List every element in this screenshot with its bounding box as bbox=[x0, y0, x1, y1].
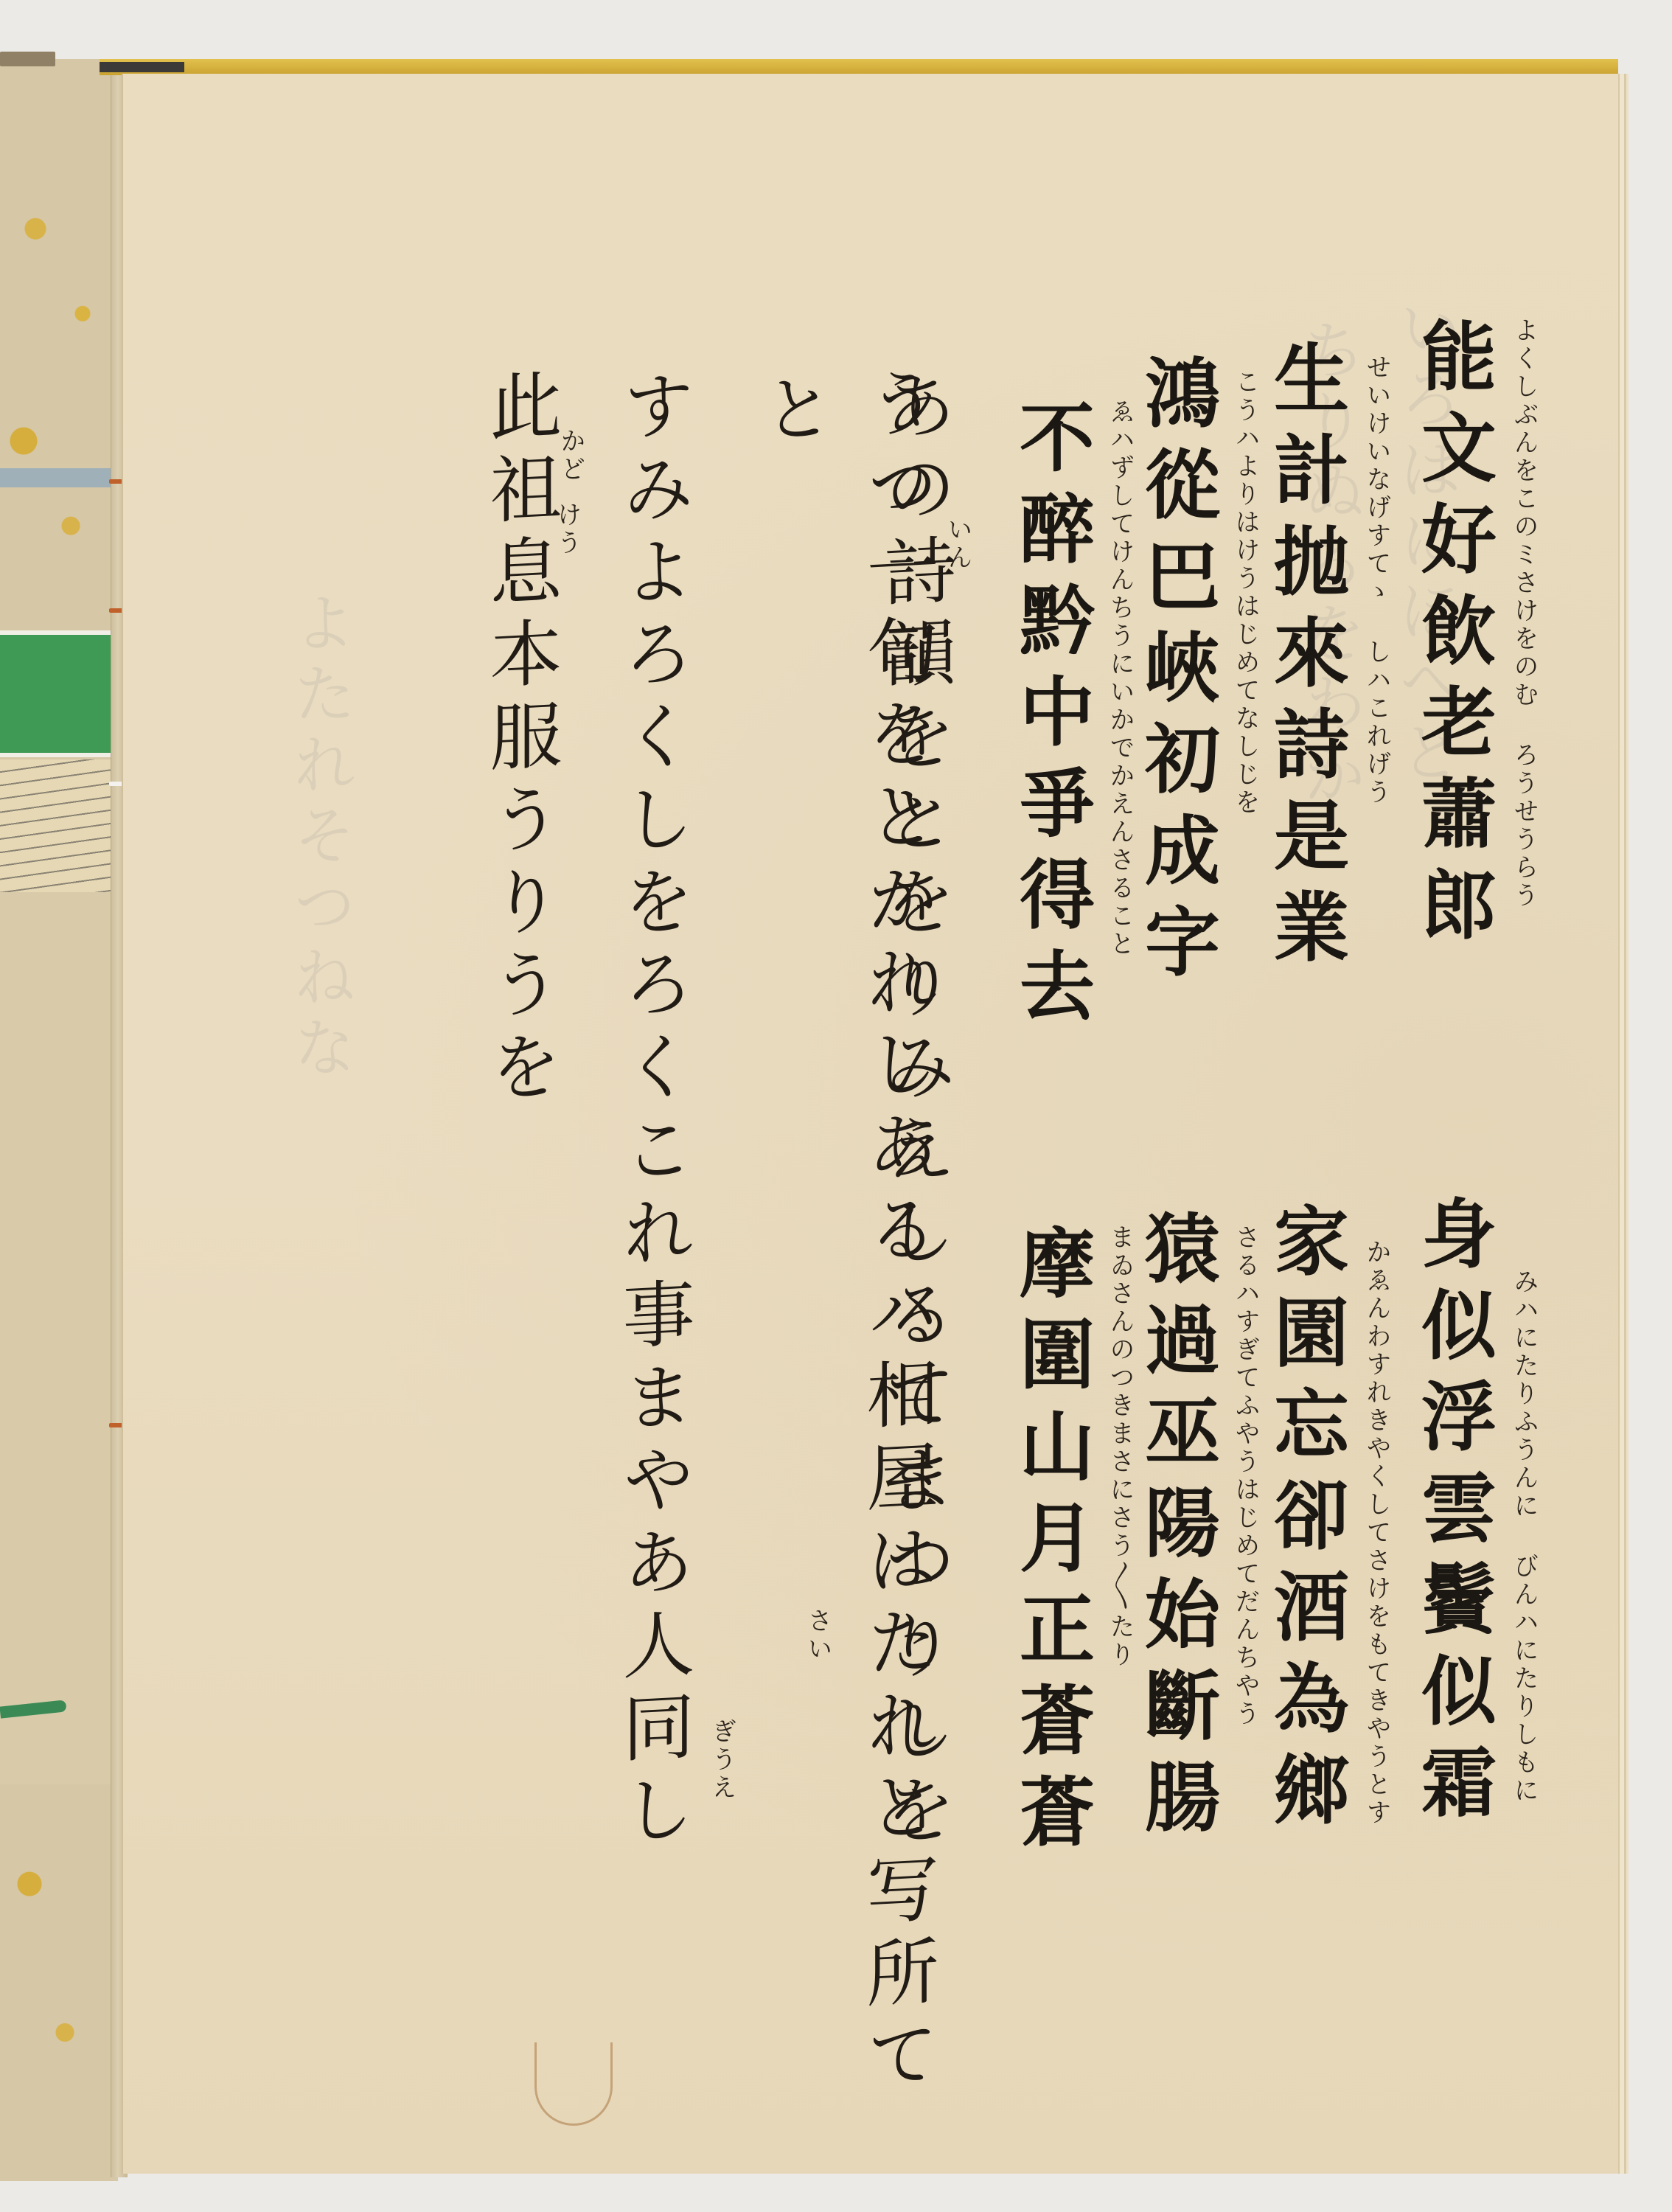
poem-line-8-ruby: まゐさんのつきまさにさう〳〵たり bbox=[1102, 1224, 1138, 1888]
commentary-ruby: さい bbox=[800, 1607, 836, 1663]
poem-line-6-ruby: さるハすぎてふやうはじめてだんちやう bbox=[1227, 1224, 1264, 2035]
poem-line-5-ruby: こうハよりはけうはじめてなしじを bbox=[1227, 369, 1264, 1106]
text-page: いろはにほへと ちりぬるをわか よたれそつねな 能文好飲老蕭郎 よくしぶんをこの… bbox=[122, 74, 1620, 2174]
poem-line-4-ruby: かゑんわすれきやくしてさけをもてきやうとす bbox=[1359, 1239, 1395, 2050]
poem-line-3-ruby: せいけいなげすてゝ しハこれげう bbox=[1359, 354, 1395, 1091]
poem-line-7: 不醉黔中爭得去 bbox=[1014, 398, 1089, 1038]
poem-line-7-ruby: ゑハずしてけんちうにいかでかえんさること bbox=[1102, 398, 1138, 1246]
page-fold bbox=[122, 74, 123, 2174]
poem-line-3: 生計抛來詩是業 bbox=[1268, 339, 1343, 979]
commentary-ruby: けう bbox=[549, 501, 585, 557]
book-cover-edge bbox=[0, 52, 55, 66]
poem-line-8: 摩圍山月正蒼蒼 bbox=[1014, 1224, 1089, 1864]
commentary-line-3: すみよろくしをろくこれ事まやあ人同し bbox=[601, 366, 705, 1857]
painted-veranda-floor bbox=[0, 759, 111, 892]
left-page-illustration bbox=[0, 59, 118, 2181]
poem-line-2-ruby: みハにたりふうんに びんハにたりしもに bbox=[1506, 1268, 1542, 2079]
bleed-through-text: よたれそつねな bbox=[284, 590, 354, 1085]
poem-line-1: 能文好飲老蕭郎 bbox=[1415, 317, 1491, 957]
gilt-top-edge bbox=[100, 59, 1618, 75]
commentary-ruby: かど bbox=[553, 428, 589, 484]
cover-edge bbox=[100, 62, 184, 72]
poem-line-5: 鴻從巴峽初成字 bbox=[1139, 354, 1214, 994]
painted-ground bbox=[0, 892, 111, 1784]
painted-tatami-mat bbox=[0, 630, 111, 757]
poem-line-6: 猿過巫陽始斷腸 bbox=[1139, 1209, 1214, 1849]
poem-line-2: 身似浮雲鬢似霜 bbox=[1415, 1194, 1491, 1834]
painted-stream bbox=[0, 468, 111, 487]
poem-line-4: 家園忘卻酒為鄉 bbox=[1268, 1202, 1343, 1842]
paper-stain bbox=[534, 2042, 613, 2126]
commentary-line-2: うつ一句をとかれしあるハ相屋はたれと写所てと bbox=[741, 364, 949, 2180]
commentary-ruby: ぎうえ bbox=[704, 1718, 740, 1802]
